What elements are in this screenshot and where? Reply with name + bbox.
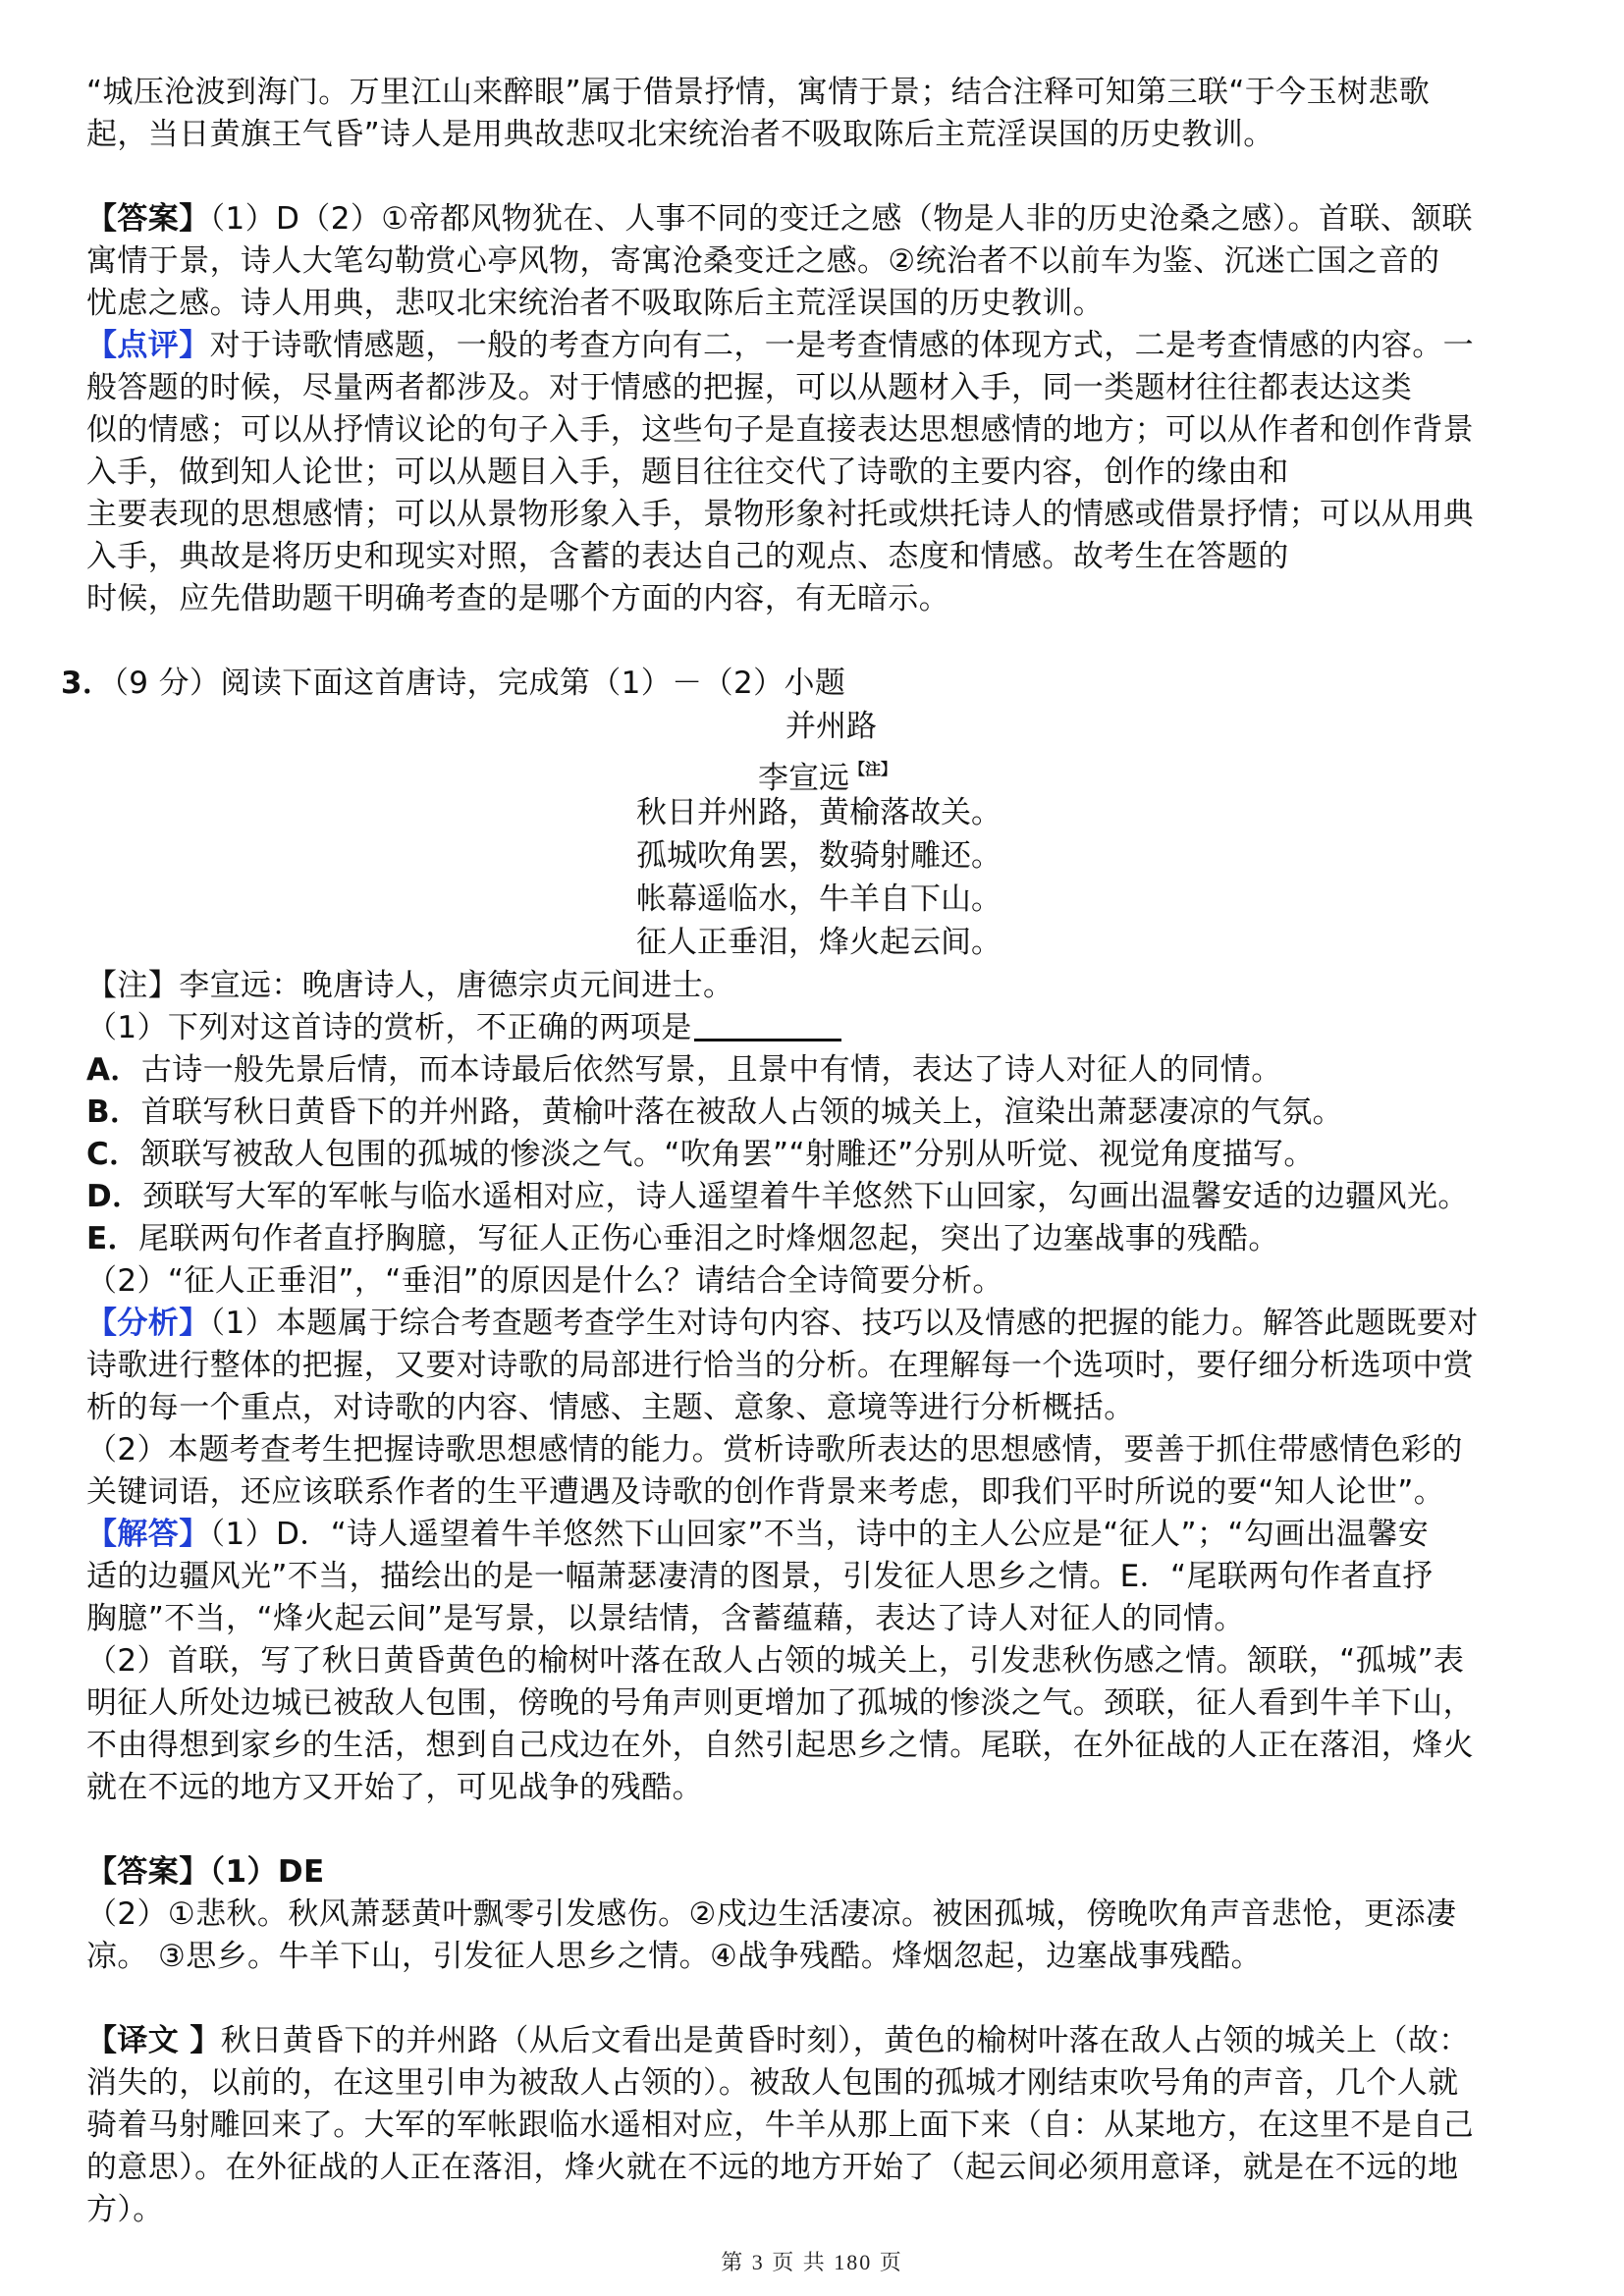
author-note-marker: 【注】 (849, 760, 896, 778)
answer-label: 【答案】 (86, 201, 210, 237)
option-e: E．尾联两句作者直抒胸臆，写征人正伤心垂泪之时烽烟忽起，突出了边塞战事的残酷。 (86, 1217, 1279, 1260)
question-number: 3． (61, 666, 113, 701)
answer-blank (694, 1009, 841, 1041)
option-b: B．首联写秋日黄昏下的并州路，黄榆叶落在被敌人占领的城关上，渲染出萧瑟凄凉的气氛… (86, 1091, 1343, 1134)
option-d: D．颈联写大军的军帐与临水遥相对应，诗人遥望着牛羊悠然下山回家，勾画出温馨安适的… (86, 1175, 1469, 1218)
paragraph-line: 起，当日黄旗王气昏”诗人是用典故悲叹北宋统治者不吸取陈后主荒淫误国的历史教训。 (86, 113, 1274, 156)
answer-line: 忧虑之感。诗人用典，悲叹北宋统治者不吸取陈后主荒淫误国的历史教训。 (86, 282, 1104, 325)
poem-line: 孤城吹角罢，数骑射雕还。 (636, 834, 1001, 878)
comment-line: 【点评】对于诗歌情感题，一般的考查方向有二，一是考查情感的体现方式，二是考查情感… (86, 324, 1474, 367)
translation-line: 消失的，以前的，在这里引申为被敌人占领的）。被敌人包围的孤城才刚结束吹号角的声音… (86, 2061, 1459, 2105)
solution-line: 【解答】（1）D．“诗人遥望着牛羊悠然下山回家”不当，诗中的主人公应是“征人”；… (86, 1513, 1429, 1556)
translation-line: 骑着马射雕回来了。大军的军帐跟临水遥相对应，牛羊从那上面下来（自：从某地方，在这… (86, 2104, 1474, 2147)
solution-line: 不由得想到家乡的生活，想到自己戍边在外，自然引起思乡之情。尾联，在外征战的人正在… (86, 1724, 1474, 1767)
question-prompt: 阅读下面这首唐诗，完成第（1）－（2）小题 (220, 666, 845, 701)
comment-line: 似的情感；可以从抒情议论的句子入手，这些句子是直接表达思想感情的地方；可以从作者… (86, 408, 1474, 452)
solution-label: 【解答】 (86, 1517, 210, 1552)
analysis-line: 关键词语，还应该联系作者的生平遭遇及诗歌的创作背景来考虑，即我们平时所说的要“知… (86, 1470, 1444, 1514)
sub-question-1: （1）下列对这首诗的赏析，不正确的两项是 (86, 1006, 841, 1049)
comment-line: 主要表现的思想感情；可以从景物形象入手，景物形象衬托或烘托诗人的情感或借景抒情；… (86, 493, 1474, 536)
translation-line: 方）。 (86, 2188, 164, 2231)
option-c: C．颔联写被敌人包围的孤城的惨淡之气。“吹角罢”“射雕还”分别从听觉、视觉角度描… (86, 1133, 1315, 1176)
analysis-line: 诗歌进行整体的把握，又要对诗歌的局部进行恰当的分析。在理解每一个选项时，要仔细分… (86, 1344, 1474, 1387)
answer-line: 【答案】（1）DE (86, 1850, 325, 1894)
solution-line: 胸臆”不当，“烽火起云间”是写景，以景结情，含蓄蕴藉，表达了诗人对征人的同情。 (86, 1597, 1245, 1640)
solution-line: 就在不远的地方又开始了，可见战争的残酷。 (86, 1766, 703, 1809)
poem-title: 并州路 (785, 705, 877, 748)
poem-line: 秋日并州路，黄榆落故关。 (636, 791, 1001, 834)
poem-line: 帐幕遥临水，牛羊自下山。 (636, 878, 1001, 921)
solution-line: （2）首联，写了秋日黄昏黄色的榆树叶落在敌人占领的城关上，引发悲秋伤感之情。颔联… (86, 1639, 1464, 1682)
answer-line: 【答案】（1）D（2）①帝都风物犹在、人事不同的变迁之感（物是人非的历史沧桑之感… (86, 197, 1473, 240)
comment-line: 入手，典故是将历史和现实对照，含蓄的表达自己的观点、态度和情感。故考生在答题的 (86, 535, 1289, 578)
answer-line: 寓情于景，诗人大笔勾勒赏心亭风物，寄寓沧桑变迁之感。②统治者不以前车为鉴、沉迷亡… (86, 240, 1439, 283)
answer-label: 【答案】 (86, 1854, 210, 1890)
analysis-line: 【分析】（1）本题属于综合考查题考查学生对诗句内容、技巧以及情感的把握的能力。解… (86, 1302, 1479, 1345)
question-heading: 3．（9 分）阅读下面这首唐诗，完成第（1）－（2）小题 (61, 662, 845, 705)
comment-line: 时候，应先借助题干明确考查的是哪个方面的内容，有无暗示。 (86, 577, 949, 620)
comment-line: 般答题的时候，尽量两者都涉及。对于情感的把握，可以从题材入手，同一类题材往往都表… (86, 366, 1412, 409)
answer-line: （2）①悲秋。秋风萧瑟黄叶飘零引发感伤。②戍边生活凄凉。被困孤城，傍晚吹角声音悲… (86, 1893, 1456, 1936)
document-page: “城压沧波到海门。万里江山来醉眼”属于借景抒情，寓情于景；结合注释可知第三联“于… (0, 0, 1624, 2296)
question-score: （9 分） (113, 666, 220, 701)
poem-line: 征人正垂泪，烽火起云间。 (636, 921, 1001, 964)
translation-line: 的意思）。在外征战的人正在落泪，烽火就在不远的地方开始了（起云间必须用意译，就是… (86, 2146, 1459, 2189)
analysis-line: （2）本题考查考生把握诗歌思想感情的能力。赏析诗歌所表达的思想感情，要善于抓住带… (86, 1428, 1463, 1471)
comment-line: 入手，做到知人论世；可以从题目入手，题目往往交代了诗歌的主要内容，创作的缘由和 (86, 451, 1289, 494)
sub-question-2: （2）“征人正垂泪”，“垂泪”的原因是什么？请结合全诗简要分析。 (86, 1259, 1003, 1303)
analysis-line: 析的每一个重点，对诗歌的内容、情感、主题、意象、意境等进行分析概括。 (86, 1386, 1135, 1429)
comment-label: 【点评】 (86, 328, 210, 363)
analysis-label: 【分析】 (86, 1306, 210, 1341)
poem-note: 【注】李宣远：晚唐诗人，唐德宗贞元间进士。 (86, 964, 733, 1007)
page-indicator: 第 3 页 共 180 页 (0, 2246, 1624, 2276)
translation-line: 【译文 】秋日黄昏下的并州路（从后文看出是黄昏时刻），黄色的榆树叶落在敌人占领的… (86, 2019, 1470, 2062)
answer-line: 凉。 ③思乡。牛羊下山，引发征人思乡之情。④战争残酷。烽烟忽起，边塞战事残酷。 (86, 1935, 1262, 1978)
translation-label: 【译文 】 (86, 2023, 221, 2058)
option-a: A．古诗一般先景后情，而本诗最后依然写景，且景中有情，表达了诗人对征人的同情。 (86, 1048, 1282, 1092)
solution-line: 明征人所处边城已被敌人包围，傍晚的号角声则更增加了孤城的惨淡之气。颈联，征人看到… (86, 1682, 1474, 1725)
paragraph-line: “城压沧波到海门。万里江山来醉眼”属于借景抒情，寓情于景；结合注释可知第三联“于… (86, 71, 1430, 114)
solution-line: 适的边疆风光”不当，描绘出的是一幅萧瑟凄清的图景，引发征人思乡之情。E．“尾联两… (86, 1555, 1434, 1598)
